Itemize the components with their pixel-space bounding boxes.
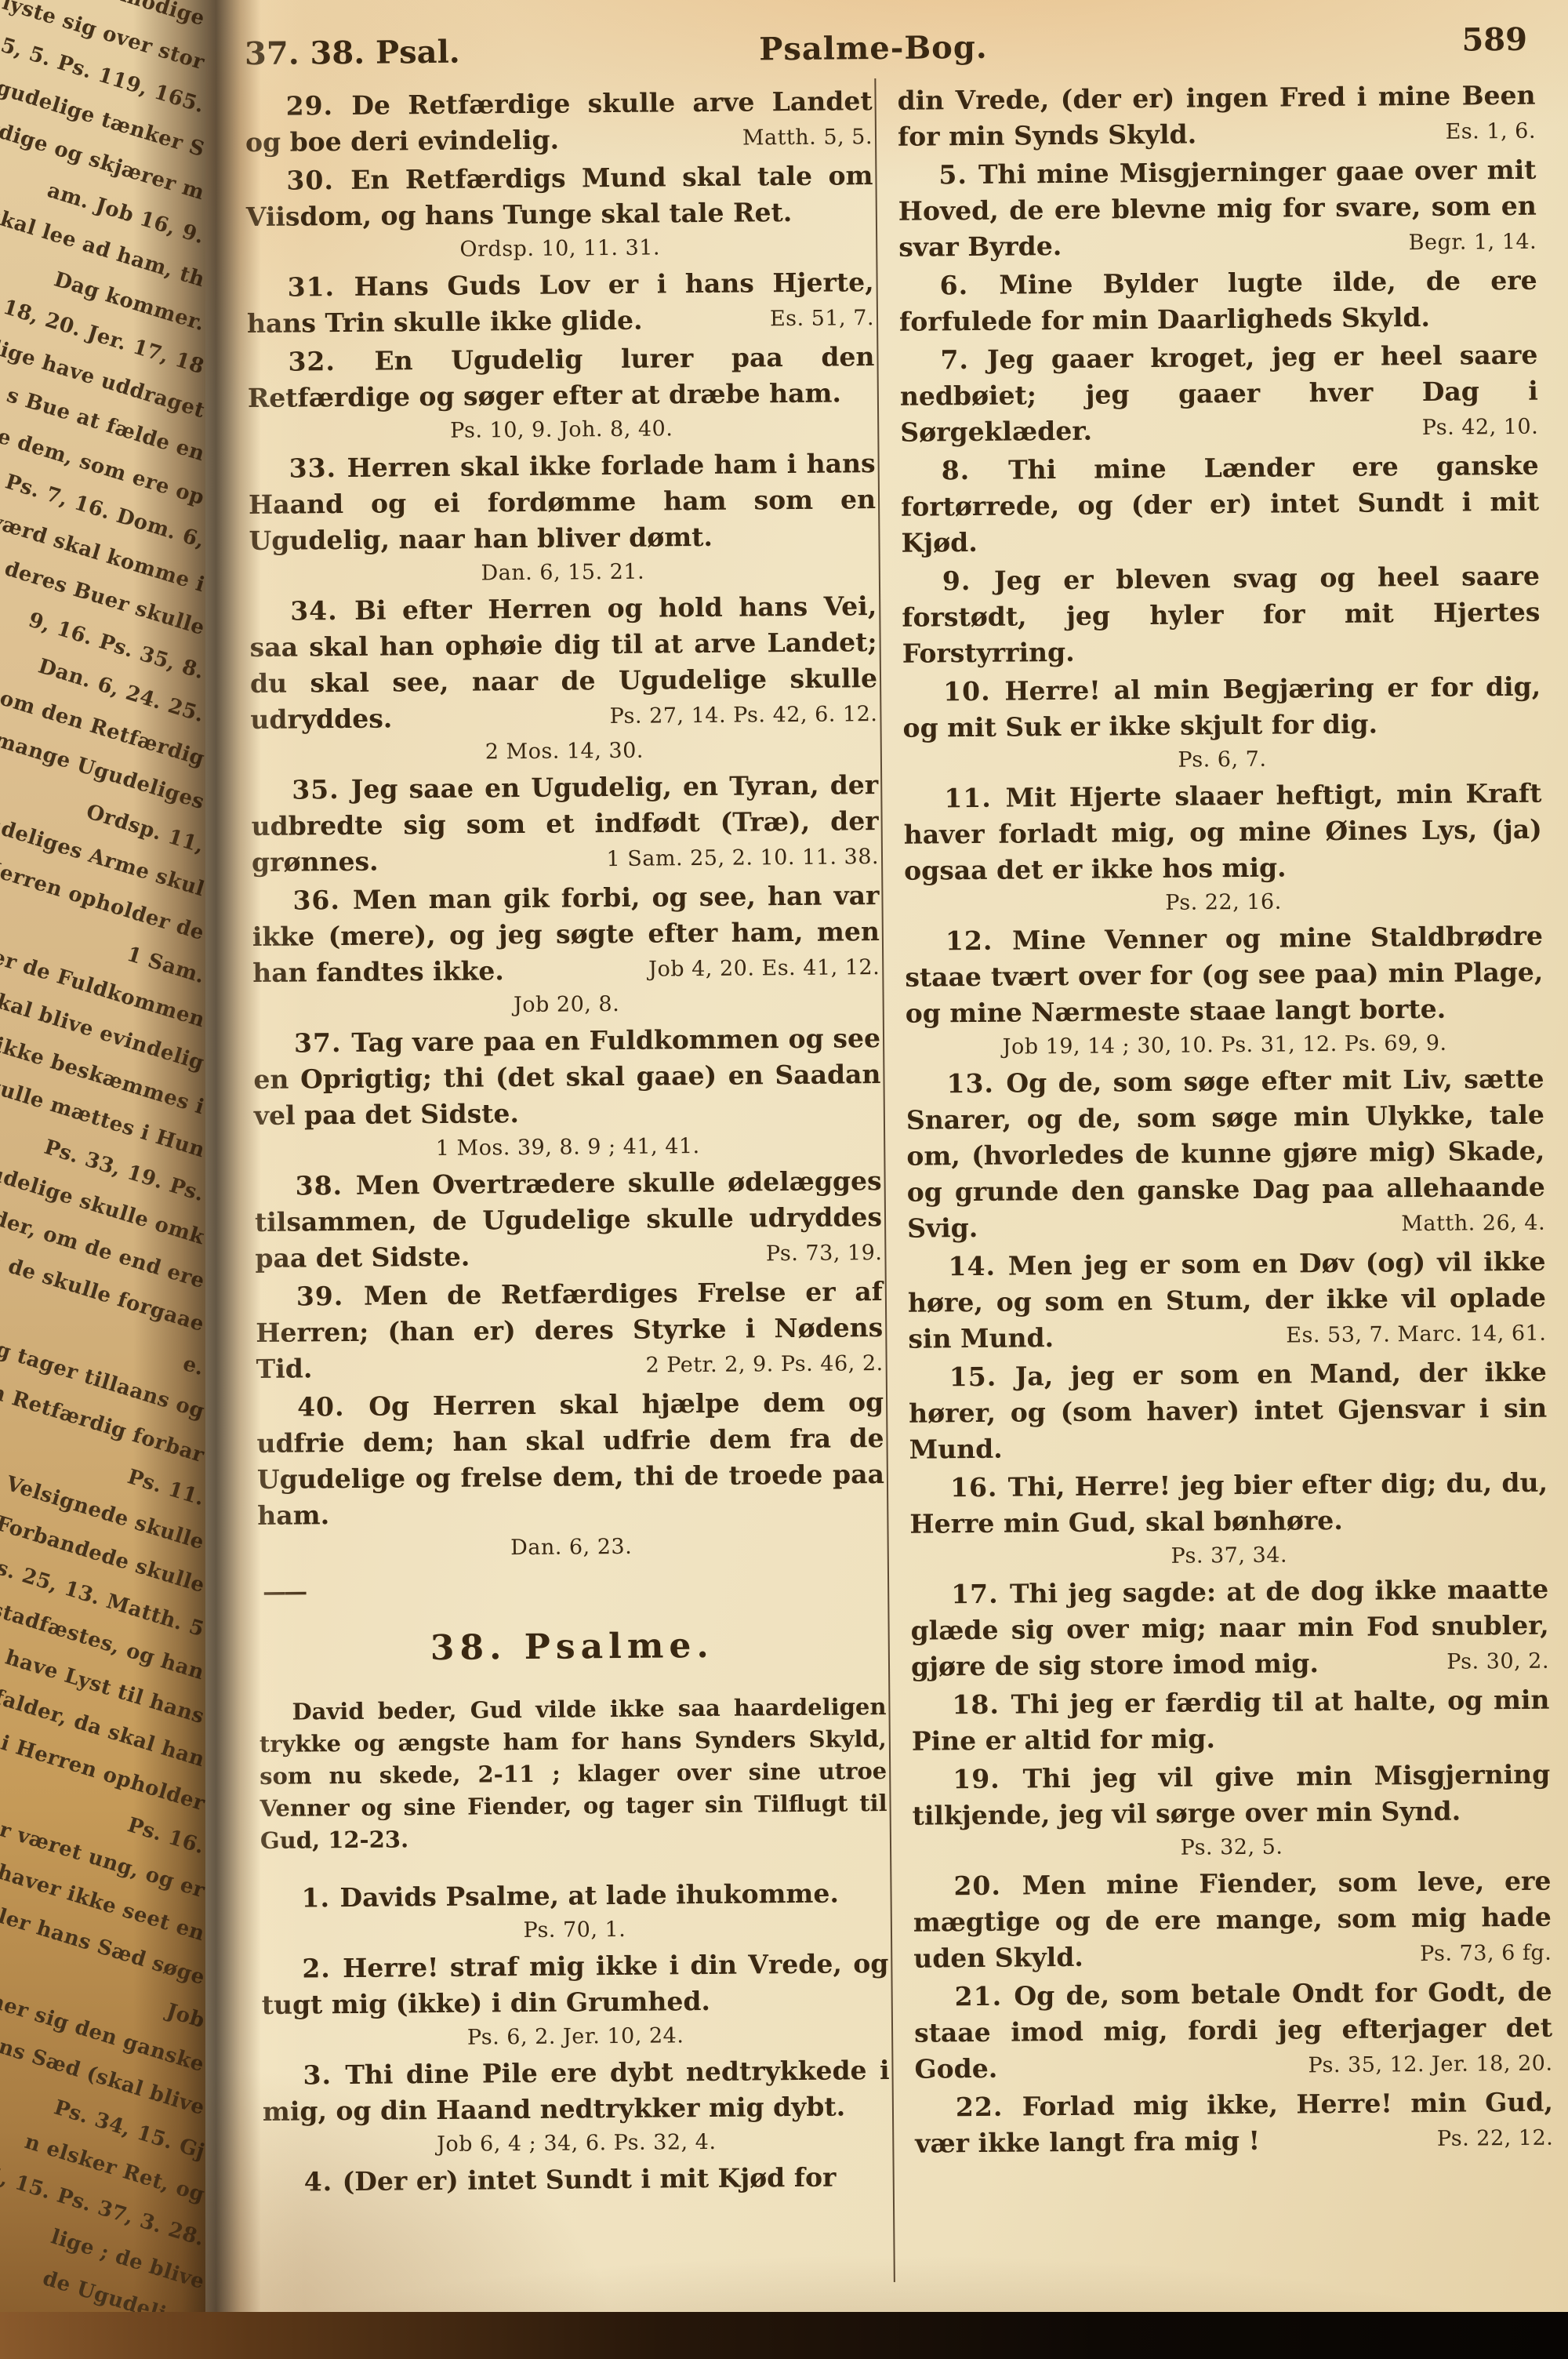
verse-number: 32.	[288, 346, 374, 377]
verse-number: 2.	[302, 1953, 343, 1983]
verse: 39. Men de Retfærdiges Frelse er af Herr…	[256, 1274, 884, 1387]
verse-number: 39.	[296, 1281, 364, 1312]
scripture-reference-line: Ps. 32, 5.	[913, 1831, 1551, 1865]
verse-number: 3.	[303, 2059, 345, 2090]
verse: 17. Thi jeg sagde: at de dog ikke maatte…	[910, 1572, 1549, 1685]
verse-number: 34.	[290, 595, 354, 627]
book-page: 37. 38. Psal. Psalme-Bog. 589 29. De Ret…	[205, 0, 1568, 2315]
scripture-reference: Ps. 42, 10.	[1381, 409, 1539, 447]
verse-number: 29.	[285, 90, 351, 122]
psalm-38-intro: David beder, Gud vilde ikke saa haardeli…	[259, 1691, 887, 1857]
verse-number: 15.	[949, 1361, 1015, 1393]
scripture-reference: Begr. 1, 14.	[1368, 224, 1537, 262]
scripture-reference-line: Ps. 70, 1.	[261, 1914, 888, 1947]
scripture-reference: Ps. 35, 12. Jer. 18, 20.	[1267, 2046, 1552, 2085]
verse: 32. En Ugudelig lurer paa den Retfærdige…	[247, 339, 875, 416]
scripture-reference: Ps. 27, 14. Ps. 42, 6. 12.	[568, 696, 877, 735]
verse: 40. Og Herren skal hjælpe dem og udfrie …	[256, 1384, 885, 1534]
verse: 3. Thi dine Pile ere dybt nedtrykkede i …	[262, 2052, 890, 2130]
scripture-reference: 2 Petr. 2, 9. Ps. 46, 2.	[604, 1346, 883, 1384]
verse: 33. Herren skal ikke forlade ham i hans …	[248, 445, 876, 559]
scripture-reference: Es. 53, 7. Marc. 14, 61.	[1245, 1316, 1546, 1354]
verse-number: 21.	[955, 1981, 1014, 2012]
section-separator: ——	[263, 1573, 885, 1606]
scripture-reference-line: Ps. 6, 2. Jer. 10, 24.	[262, 2020, 889, 2054]
verse: 22. Forlad mig ikke, Herre! min Gud, vær…	[915, 2085, 1554, 2162]
scripture-reference: Matth. 26, 4.	[1360, 1205, 1545, 1243]
page-number: 589	[1461, 21, 1527, 59]
scripture-reference: Ps. 73, 6 fg.	[1379, 1936, 1552, 1973]
verse-number: 10.	[943, 676, 1005, 707]
scripture-reference-line: Dan. 6, 23.	[258, 1531, 885, 1565]
verse-number: 4.	[304, 2166, 343, 2197]
verse: 30. En Retfærdigs Mund skal tale om Viis…	[245, 158, 873, 235]
verse-number: 33.	[289, 453, 347, 484]
verse-number: 22.	[956, 2092, 1022, 2123]
verse: 21. Og de, som betale Ondt for Godt, de …	[914, 1974, 1553, 2088]
verse-number: 20.	[953, 1870, 1022, 1902]
verse-number: 11.	[944, 783, 1006, 814]
scripture-reference: Ps. 73, 19.	[725, 1235, 883, 1273]
verse: 8. Thi mine Lænder ere ganske fortørrede…	[901, 448, 1540, 562]
verse: 19. Thi jeg vil give min Misgjerning til…	[912, 1757, 1551, 1834]
verse-number: 12.	[946, 925, 1013, 957]
verse: 6. Mine Bylder lugte ilde, de ere forful…	[898, 263, 1537, 340]
scripture-reference-line: Dan. 6, 15. 21.	[249, 556, 877, 590]
psalm-38-verses-continued: din Vrede, (der er) ingen Fred i mine Be…	[897, 78, 1553, 2162]
book-photo: Sagtmodigelyste sig over stor5, 5. Ps. 1…	[0, 0, 1568, 2359]
previous-page-edge: Sagtmodigelyste sig over stor5, 5. Ps. 1…	[0, 0, 237, 2315]
previous-page-fragment: 1 Sam.	[124, 943, 208, 989]
previous-page-fragment: e.	[180, 1352, 207, 1380]
scripture-reference: Job 4, 20. Es. 41, 12.	[608, 950, 880, 988]
verse: 5. Thi mine Misgjerninger gaae over mit …	[898, 152, 1537, 266]
left-column: 29. De Retfærdige skulle arve Landet og …	[245, 83, 890, 2203]
verse: 10. Herre! al min Begjæring er for dig, …	[902, 669, 1541, 747]
verse-number: 30.	[286, 165, 350, 196]
psalm-38-verses: 1. Davids Psalme, at lade ihukomme.Ps. 7…	[260, 1875, 891, 2201]
verse-number: 35.	[292, 774, 351, 805]
previous-page-fragment: Job	[163, 1999, 207, 2033]
scripture-reference-line: Ps. 37, 34.	[910, 1539, 1548, 1573]
verse: 4. (Der er) intet Sundt i mit Kjød for	[263, 2159, 891, 2201]
scripture-reference-line: Ordsp. 10, 11. 31.	[246, 232, 873, 266]
verse-number: 37.	[294, 1027, 352, 1059]
verse-number: 38.	[295, 1170, 356, 1201]
scripture-reference: Ps. 22, 12.	[1396, 2121, 1554, 2158]
verse: 15. Ja, jeg er som en Mand, der ikke hør…	[909, 1354, 1548, 1468]
scripture-reference: Es. 51, 7.	[729, 300, 874, 338]
verse-number: 17.	[951, 1579, 1010, 1610]
verse: 34. Bi efter Herren og hold hans Vei, sa…	[249, 588, 878, 738]
verse: 18. Thi jeg er færdig til at halte, og m…	[911, 1682, 1550, 1760]
verse: 1. Davids Psalme, at lade ihukomme.	[260, 1875, 887, 1917]
previous-page-fragment: Ps. 16.	[125, 1813, 207, 1859]
verse-number: 19.	[953, 1763, 1023, 1794]
psalm-38-heading: 38. Psalme.	[259, 1624, 886, 1670]
verse-number: 13.	[946, 1068, 1006, 1100]
psalm-37-verses: 29. De Retfærdige skulle arve Landet og …	[245, 83, 884, 1565]
verse: 37. Tag vare paa en Fuldkommen og see en…	[253, 1020, 881, 1134]
verse-number: 16.	[950, 1472, 1008, 1503]
verse: 11. Mit Hjerte slaaer heftigt, min Kraft…	[903, 776, 1542, 889]
book-bottom-edge	[0, 2312, 1568, 2359]
verse: 20. Men mine Fiender, som leve, ere mægt…	[913, 1863, 1552, 1977]
verse-number: 6.	[939, 270, 999, 301]
verse: 29. De Retfærdige skulle arve Landet og …	[245, 83, 873, 161]
verse: 7. Jeg gaaer kroget, jeg er heel saare n…	[899, 337, 1538, 451]
scripture-reference-line: 1 Mos. 39, 8. 9 ; 41, 41.	[254, 1131, 881, 1165]
verse: 31. Hans Guds Lov er i hans Hjerte, hans…	[246, 264, 874, 342]
running-head-left: 37. 38. Psal.	[245, 34, 460, 72]
scripture-reference-line: Ps. 22, 16.	[904, 886, 1542, 920]
scripture-reference-line: Ps. 10, 9. Joh. 8, 40.	[248, 413, 875, 447]
previous-page-fragment: Ps. 11.	[125, 1465, 207, 1510]
scripture-reference: Matth. 5, 5.	[702, 119, 873, 157]
verse-number: 18.	[952, 1689, 1011, 1721]
verse: 38. Men Overtrædere skulle ødelægges til…	[254, 1163, 882, 1277]
verse-number: 1.	[301, 1882, 339, 1913]
verse: 12. Mine Venner og mine Staldbrødre staa…	[905, 918, 1544, 1032]
running-head-title: Psalme-Bog.	[759, 29, 988, 68]
right-column: din Vrede, (der er) ingen Fred i mine Be…	[897, 78, 1553, 2165]
verse-number: 36.	[292, 885, 353, 916]
verse: 13. Og de, som søge efter mit Liv, sætte…	[906, 1061, 1545, 1247]
verse-number: 40.	[297, 1391, 369, 1423]
verse: 2. Herre! straf mig ikke i din Vrede, og…	[261, 1946, 889, 2023]
verse-number: 8.	[942, 455, 1009, 486]
verse-number: 5.	[938, 159, 978, 190]
verse: 9. Jeg er bleven svag og heel saare fors…	[902, 558, 1541, 672]
verse: 36. Men man gik forbi, og see, han var i…	[252, 878, 880, 991]
verse: 14. Men jeg er som en Døv (og) vil ikke …	[907, 1244, 1546, 1358]
scripture-reference: Ps. 30, 2.	[1406, 1644, 1549, 1681]
verse-number: 31.	[287, 271, 354, 303]
scripture-reference-line: Job 19, 14 ; 30, 10. Ps. 31, 12. Ps. 69,…	[906, 1029, 1544, 1063]
verse: 35. Jeg saae en Ugudelig, en Tyran, der …	[251, 767, 879, 881]
scripture-reference: Es. 1, 6.	[1445, 114, 1536, 151]
scripture-reference-line: Job 6, 4 ; 34, 6. Ps. 32, 4.	[263, 2127, 890, 2161]
page-content: 37. 38. Psal. Psalme-Bog. 589 29. De Ret…	[205, 0, 1568, 2315]
verse: 16. Thi, Herre! jeg bier efter dig; du, …	[909, 1465, 1548, 1543]
scripture-reference: 1 Sam. 25, 2. 10. 11. 38.	[565, 839, 879, 878]
verse-number: 14.	[948, 1251, 1008, 1282]
scripture-reference-line: Ps. 6, 7.	[903, 743, 1541, 777]
scripture-reference-line: 2 Mos. 14, 30.	[251, 735, 878, 769]
scripture-reference-line: Job 20, 8.	[253, 988, 880, 1022]
verse-number: 9.	[942, 565, 994, 597]
verse-number: 7.	[940, 344, 987, 376]
verse: din Vrede, (der er) ingen Fred i mine Be…	[897, 78, 1536, 155]
